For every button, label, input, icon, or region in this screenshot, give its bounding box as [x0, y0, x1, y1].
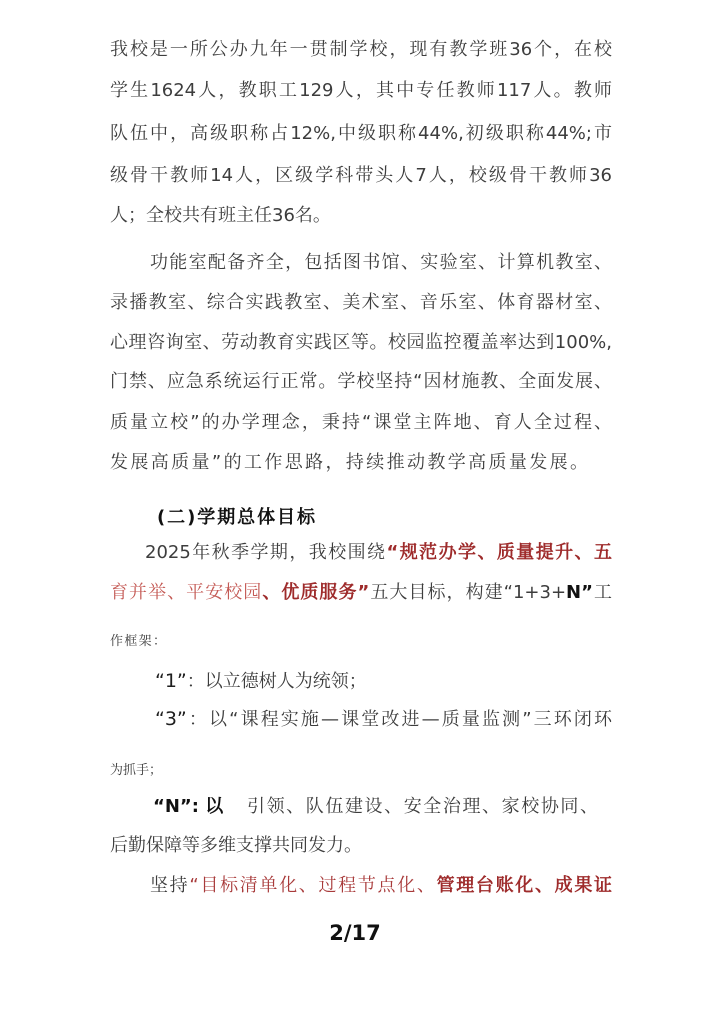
framework-item-text: ：以立德树人为统领； — [187, 671, 367, 692]
goals-intro-text: 2025年秋季学期，我校围绕 — [145, 542, 386, 563]
document-page: 我校是一所公办九年一贯制学校，现有教学班36个，在校 学生1624人，教职工12… — [0, 0, 725, 1024]
text-line: 质量立校”的办学理念，秉持“课堂主阵地、育人全过程、 — [110, 411, 612, 435]
text-line: 录播教室、综合实践教室、美术室、音乐室、体育器材室、 — [110, 291, 612, 315]
text-line: 2025年秋季学期，我校围绕“规范办学、质量提升、五 — [145, 541, 612, 565]
goals-text: 五大目标，构建“1+3+ — [369, 582, 566, 603]
text-line: 功能室配备齐全，包括图书馆、实验室、计算机教室、 — [150, 251, 612, 275]
text-line: 人；全校共有班主任36名。 — [110, 204, 320, 228]
text-line: 门禁、应急系统运行正常。学校坚持“因材施教、全面发展、 — [110, 370, 612, 394]
framework-item-n-label: “N”: 以 — [153, 795, 218, 819]
text-line: 发展高质量”的工作思路，持续推动教学高质量发展。 — [110, 451, 588, 475]
text-line: 育并举、平安校园、优质服务”五大目标，构建“1+3+N”工 — [110, 581, 612, 605]
framework-item-label: “3” — [155, 708, 187, 730]
text-line: 我校是一所公办九年一贯制学校，现有教学班36个，在校 — [110, 38, 612, 62]
framework-n-emphasis: N” — [566, 582, 593, 603]
text-line: 级骨干教师14人，区级学科带头人7人，校级骨干教师36 — [110, 164, 612, 188]
goals-highlight: 、优质服务” — [262, 582, 369, 603]
section-heading: (二)学期总体目标 — [157, 506, 315, 530]
framework-item-n-continuation: 后勤保障等多维支撑共同发力。 — [110, 834, 362, 858]
framework-item-3: “3”：以“课程实施—课堂改进—质量监测”三环闭环 — [155, 707, 612, 731]
principles-highlight: “目标清单化、过程节点化、 — [189, 875, 436, 896]
principles-highlight-bold: 管理台账化、成果证 — [437, 875, 612, 896]
goals-text-tail: 工 — [593, 582, 612, 603]
framework-item-text: ：以“课程实施—课堂改进—质量监测”三环闭环 — [187, 709, 612, 730]
framework-item-n-text: 引领、队伍建设、安全治理、家校协同、 — [247, 795, 598, 819]
principles-paragraph: 坚持“目标清单化、过程节点化、管理台账化、成果证 — [150, 874, 612, 898]
text-line: 队伍中，高级职称占12%,中级职称44%,初级职称44%;市 — [110, 122, 612, 146]
goals-highlight: “规范办学、质量提升、五 — [386, 542, 612, 563]
principles-text: 坚持 — [150, 875, 189, 896]
framework-item-1: “1”：以立德树人为统领； — [155, 669, 353, 693]
framework-item-3-continuation: 为抓手； — [110, 762, 156, 780]
text-line: 学生1624人，教职工129人，其中专任教师117人。教师 — [110, 79, 612, 103]
framework-item-label: “1” — [155, 670, 187, 692]
page-indicator: 2/17 — [315, 920, 395, 946]
text-line: 作框架： — [110, 633, 166, 651]
goals-highlight-light: 育并举、平安校园 — [110, 582, 262, 603]
text-line: 心理咨询室、劳动教育实践区等。校园监控覆盖率达到100%, — [110, 331, 612, 355]
